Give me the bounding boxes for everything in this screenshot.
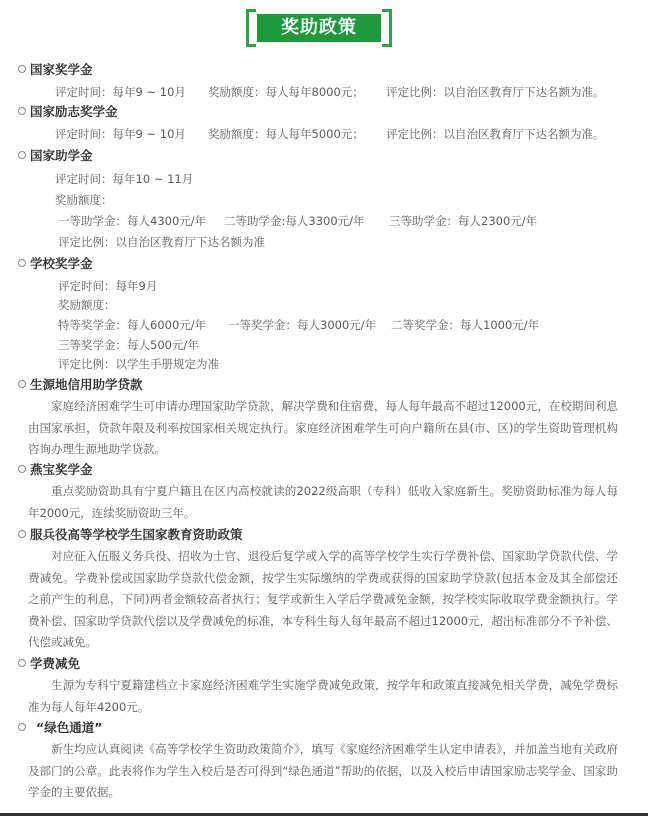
section-paragraph: 重点奖励资助具有宁夏户籍且在区内高校就读的2022级高职（专科）低收入家庭新生。… xyxy=(28,481,618,524)
circle-bullet-icon xyxy=(18,151,26,159)
page-title: 奖助政策 xyxy=(257,14,381,42)
title-banner: 奖助政策 xyxy=(246,9,392,47)
circle-bullet-icon xyxy=(18,380,26,388)
grade-first: 一等奖学金：每人3000元/年 xyxy=(228,317,376,333)
circle-bullet-icon xyxy=(18,465,26,473)
section-paragraph: 家庭经济困难学生可申请办理国家助学贷款，解决学费和住宿费，每人每年最高不超过12… xyxy=(28,396,618,461)
section-paragraph: 新生均应认真阅读《高等学校学生资助政策简介》，填写《家庭经济困难学生认定申请表》… xyxy=(28,739,618,804)
eval-ratio: 评定比例：以自治区教育厅下达名额为准。 xyxy=(386,84,605,100)
section-heading: 国家奖学金 xyxy=(18,62,93,78)
eval-ratio: 评定比例：以自治区教育厅下达名额为准 xyxy=(58,234,265,250)
circle-bullet-icon xyxy=(18,107,26,115)
award-amount: 奖励额度：每人每年5000元； xyxy=(208,126,364,142)
circle-bullet-icon xyxy=(18,65,26,73)
section-paragraph: 生源为专科宁夏籍建档立卡家庭经济困难学生实施学费减免政策，按学年和政策直接减免相… xyxy=(28,675,618,718)
eval-time: 评定时间：每年9 ~ 10月 xyxy=(55,126,186,142)
eval-time: 评定时间：每年9月 xyxy=(58,278,157,294)
award-amount-label: 奖励额度： xyxy=(58,297,116,313)
section-heading: 燕宝奖学金 xyxy=(18,462,93,478)
eval-ratio: 评定比例：以学生手册规定为准 xyxy=(58,356,219,372)
circle-bullet-icon xyxy=(18,659,26,667)
eval-time: 评定时间：每年10 ~ 11月 xyxy=(55,171,193,187)
eval-ratio: 评定比例：以自治区教育厅下达名额为准。 xyxy=(386,126,605,142)
section-heading: 国家励志奖学金 xyxy=(18,104,118,120)
eval-time: 评定时间：每年9 ~ 10月 xyxy=(55,84,186,100)
circle-bullet-icon xyxy=(18,723,26,731)
section-heading: 生源地信用助学贷款 xyxy=(18,377,143,393)
circle-bullet-icon xyxy=(18,259,26,267)
section-paragraph: 对应征入伍服义务兵役、招收为士官、退役后复学或入学的高等学校学生实行学费补偿、国… xyxy=(28,546,618,654)
left-bracket xyxy=(246,9,256,47)
award-amount: 奖励额度：每人每年8000元； xyxy=(208,84,364,100)
award-amount-label: 奖励额度： xyxy=(55,192,113,208)
section-heading: 学费减免 xyxy=(18,656,80,672)
section-heading: 服兵役高等学校学生国家教育资助政策 xyxy=(18,527,243,543)
grade-third: 三等奖学金：每人500元/年 xyxy=(58,337,199,353)
section-heading: 学校奖学金 xyxy=(18,256,93,272)
grade-second: 二等奖学金：每人1000元/年 xyxy=(391,317,539,333)
grade-second: 二等助学金:每人3300元/年 xyxy=(224,213,365,229)
section-heading: 国家助学金 xyxy=(18,148,93,164)
right-bracket xyxy=(382,9,392,47)
grade-third: 三等助学金：每人2300元/年 xyxy=(389,213,537,229)
grade-special: 特等奖学金：每人6000元/年 xyxy=(58,317,206,333)
circle-bullet-icon xyxy=(18,530,26,538)
grade-first: 一等助学金：每人4300元/年 xyxy=(58,213,206,229)
section-heading: “绿色通道” xyxy=(18,720,102,736)
